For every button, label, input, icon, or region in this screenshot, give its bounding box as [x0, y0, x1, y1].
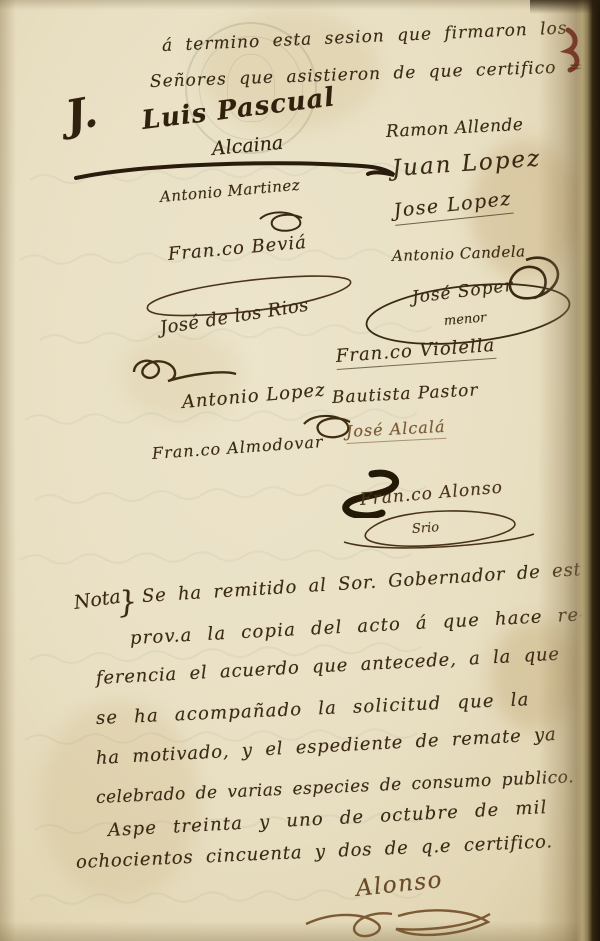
- closing-signature: Alonso: [355, 867, 445, 902]
- paper-stain: [490, 620, 580, 730]
- nota-line: Se ha remitido al Sor. Gobernador de est…: [141, 558, 593, 607]
- bottom-page-edge: [0, 921, 600, 941]
- signature: Juan Lopez: [391, 146, 542, 182]
- nota-line: prov.a la copia del acto á que hace re-: [129, 604, 587, 649]
- signature-sub: menor: [443, 310, 487, 329]
- signature: Fran.co Beviá: [167, 232, 308, 265]
- signature-sub: Srio: [411, 520, 439, 537]
- signature: Antonio Martinez: [159, 176, 301, 206]
- nota-line: ferencia el acuerdo que antecede, a la q…: [95, 644, 560, 689]
- signature: Fran.co Almodovar: [151, 432, 324, 463]
- header-line: á termino esta sesion que firmaron los: [162, 18, 568, 56]
- nota-label: Nota: [72, 586, 122, 614]
- closing-flourish: [296, 894, 516, 941]
- signature: José de los Rios: [158, 295, 310, 339]
- signature: José Soper: [411, 276, 515, 308]
- signature-initial: J.: [62, 87, 101, 141]
- manuscript-page: á termino esta sesion que firmaron los S…: [0, 0, 600, 941]
- signature: Bautista Pastor: [331, 380, 479, 408]
- signature: Antonio Lopez: [181, 379, 326, 412]
- top-page-edge: [0, 0, 600, 10]
- signature: Jose Lopez: [393, 188, 514, 226]
- binding-corner-shadow: [530, 0, 600, 14]
- binding-gutter: [538, 0, 600, 941]
- nota-line: se ha acompañado la solicitud que la: [96, 689, 530, 729]
- nota-line: ha motivado, y el espediente de remate y…: [95, 724, 557, 769]
- signature-flourish: [122, 348, 252, 388]
- signature-flourish: [252, 205, 312, 235]
- left-page-edge: [0, 0, 16, 941]
- signature: Antonio Candela: [392, 242, 526, 265]
- nota-brace: }: [116, 584, 139, 621]
- signature: José Alcalá: [345, 417, 446, 444]
- signature: Ramon Allende: [385, 115, 523, 142]
- signature-flourish: [70, 156, 400, 184]
- signature: Fran.co Violella: [335, 335, 496, 370]
- signature: Fran.co Alonso: [359, 478, 504, 510]
- signature-sub: Alcaina: [211, 132, 284, 160]
- header-line: Señores que asistieron de que certifico …: [150, 57, 585, 92]
